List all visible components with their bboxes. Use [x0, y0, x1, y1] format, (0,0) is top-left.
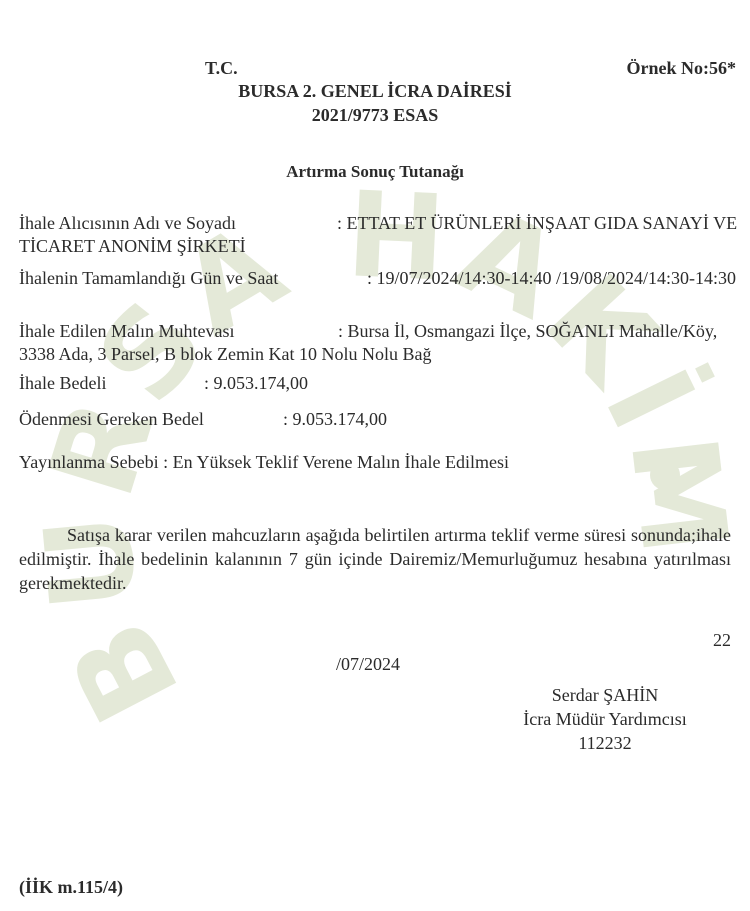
- field-amount-due-value: : 9.053.174,00: [283, 409, 387, 429]
- signatory-title: İcra Müdür Yardımcısı: [470, 707, 740, 731]
- document-page: T.C. Örnek No:56* BURSA 2. GENEL İCRA DA…: [0, 0, 750, 911]
- country-header: T.C.: [205, 58, 238, 79]
- field-amount-due: Ödenmesi Gereken Bedel: 9.053.174,00: [19, 408, 739, 431]
- document-title: Artırma Sonuç Tutanağı: [0, 162, 750, 182]
- field-publication-reason-label: Yayınlanma Sebebi: [19, 452, 159, 472]
- signatory-id: 112232: [470, 731, 740, 755]
- signatory-name: Serdar ŞAHİN: [470, 683, 740, 707]
- field-publication-reason: Yayınlanma Sebebi : En Yüksek Teklif Ver…: [19, 451, 739, 474]
- field-amount-due-label: Ödenmesi Gereken Bedel: [19, 408, 283, 431]
- field-auction-price-value: : 9.053.174,00: [204, 373, 308, 393]
- date-day: 22: [713, 630, 731, 651]
- field-completion: İhalenin Tamamlandığı Gün ve Saat: 19/07…: [19, 267, 739, 290]
- body-paragraph: Satışa karar verilen mahcuzların aşağıda…: [19, 523, 731, 595]
- sample-number: Örnek No:56*: [627, 58, 737, 79]
- legal-reference: (İİK m.115/4): [19, 877, 123, 898]
- date-month-year: /07/2024: [336, 654, 400, 675]
- field-completion-label: İhalenin Tamamlandığı Gün ve Saat: [19, 267, 367, 290]
- field-auction-price: İhale Bedeli: 9.053.174,00: [19, 372, 739, 395]
- field-auction-price-label: İhale Bedeli: [19, 372, 204, 395]
- field-property: İhale Edilen Malın Muhtevası: Bursa İl, …: [19, 320, 739, 366]
- office-name: BURSA 2. GENEL İCRA DAİRESİ: [0, 81, 750, 102]
- field-buyer-label: İhale Alıcısının Adı ve Soyadı: [19, 212, 337, 235]
- field-property-label: İhale Edilen Malın Muhtevası: [19, 320, 338, 343]
- field-buyer: İhale Alıcısının Adı ve Soyadı: ETTAT ET…: [19, 212, 739, 258]
- case-number: 2021/9773 ESAS: [0, 105, 750, 126]
- field-completion-value: : 19/07/2024/14:30-14:40 /19/08/2024/14:…: [367, 268, 736, 288]
- field-publication-reason-value: : En Yüksek Teklif Verene Malın İhale Ed…: [163, 452, 509, 472]
